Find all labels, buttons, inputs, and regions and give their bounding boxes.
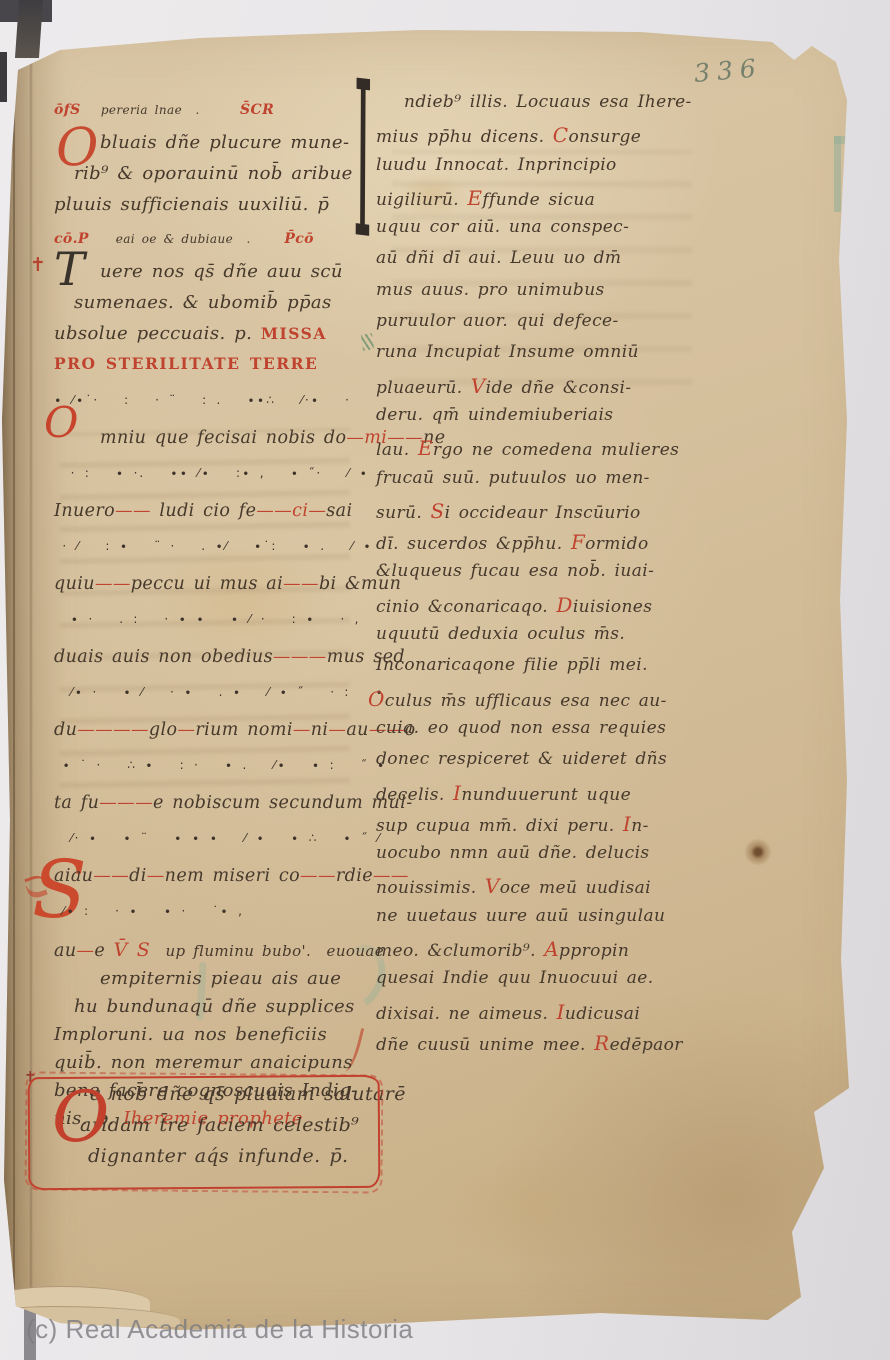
manuscript-line: · ⁄ : ∙ ¨ · . ∙⁄ ∙˙: ∙ . ⁄ ∙ xyxy=(54,530,372,574)
manuscript-line: duais auis non obedius———mus sed xyxy=(54,647,372,676)
text-segment: rgo ne comedena mulieres xyxy=(433,440,679,460)
text-segment: aū dñi dī aui. Leuu uo dm̄ xyxy=(376,248,621,268)
manuscript-line: runa Incupiat Insume omniū xyxy=(376,342,716,373)
manuscript-line: cō.P eai oe & dubiaue . P̄cō xyxy=(54,225,372,261)
text-segment: S̄CR xyxy=(240,102,274,118)
text-segment: culus m̄s ufflicaus esa nec au- xyxy=(385,691,667,711)
text-segment: ffunde sicua xyxy=(482,190,595,210)
text-segment: deru. qm̄ uindemiuberiais xyxy=(376,405,613,425)
manuscript-line: nouissimis. Voce meū uudisai xyxy=(376,874,716,905)
text-segment: O xyxy=(368,687,385,711)
manuscript-line: luudu Innocat. Inprincipio xyxy=(376,155,716,186)
pricking-dot xyxy=(846,338,850,342)
text-segment: ludi cio fe xyxy=(151,501,256,521)
text-segment: ide dñe &consi- xyxy=(486,378,632,398)
left-text-column: ōfS pereria lnae . S̄CRbluais dñe plucur… xyxy=(54,96,372,1136)
manuscript-line: ōfS pereria lnae . S̄CR xyxy=(54,96,372,132)
text-segment: mniu que fecisai nobis do xyxy=(100,428,346,448)
text-segment: ndieb⁹ illis. Locuaus esa Ihere- xyxy=(404,92,692,112)
manuscript-line: sumenaes. & ubomib̄ pp̄as xyxy=(54,292,372,323)
text-segment: · ⁄ : ∙ ¨ · . ∙⁄ ∙˙: ∙ . ⁄ ∙ xyxy=(54,539,373,553)
text-segment xyxy=(200,103,240,117)
text-segment: donec respiceret & uideret dñs xyxy=(376,749,667,769)
manuscript-line: puruulor auor. qui defece- xyxy=(376,311,716,342)
folio-number: 336 xyxy=(693,53,764,88)
pricking-dot xyxy=(847,414,851,418)
text-segment: surū. xyxy=(376,503,430,523)
text-segment: eai oe & dubiaue . xyxy=(89,232,251,246)
text-segment: bluais dñe plucure mune- xyxy=(100,132,349,153)
text-segment: pluaeurū. xyxy=(376,378,471,398)
parchment-page: ✝ O ✝ T O S I ōfS pereria lnae . S̄CRblu… xyxy=(0,0,890,1360)
text-segment: R xyxy=(594,1031,609,1055)
text-segment: dixisai. ne aimeus. xyxy=(376,1004,557,1024)
manuscript-line: ubsolue peccuais. p. MISSA xyxy=(54,323,372,354)
manuscript-line: ∙ ⁄∙˙· : · ¨ : . ∙∙∴ ⁄·∙ · xyxy=(54,384,372,428)
manuscript-line: rib⁹ & oporauinū nob̄ aribue xyxy=(54,163,372,194)
text-segment: ōfS xyxy=(54,102,81,118)
text-segment: cuia. eo quod non essa requies xyxy=(376,718,666,738)
text-segment: rdie xyxy=(336,866,373,886)
text-segment: I xyxy=(623,812,631,836)
text-segment: uocubo nmn auū dñe. delucis xyxy=(376,843,650,863)
text-segment: a nob̄ dñe qs̄ pluuiam salutarē xyxy=(90,1083,406,1105)
manuscript-line: quesai Indie quu Inuocuui ae. xyxy=(376,968,716,999)
manuscript-line: ⁄∙ · ∙ ⁄ · ∙ . ∙ ⁄ ∙ ˝ · : ∙ xyxy=(54,676,372,720)
right-text-column: ndieb⁹ illis. Locuaus esa Ihere-mius pp̄… xyxy=(376,92,716,1062)
text-segment: V xyxy=(485,874,500,898)
manuscript-line: uere nos qs̄ dñe auu scū xyxy=(54,261,372,292)
text-segment: hu bundunaqū dñe supplices xyxy=(74,996,355,1017)
text-segment: &luqueus fucau esa nob̄. iuai- xyxy=(376,561,654,581)
text-segment: ta fu xyxy=(54,793,99,813)
text-segment: —— xyxy=(93,866,129,886)
text-segment: ——— xyxy=(273,647,327,667)
text-segment: ni xyxy=(311,720,329,740)
pricking-dot xyxy=(845,262,849,266)
text-segment: C xyxy=(553,123,569,147)
manuscript-line: ta fu———e nobiscum secundum mul- xyxy=(54,793,372,822)
manuscript-line: decelis. Inunduuerunt uque xyxy=(376,781,716,812)
text-segment: n- xyxy=(631,816,649,836)
text-segment: rib⁹ & oporauinū nob̄ aribue xyxy=(74,163,353,184)
manuscript-line: pluaeurū. Vide dñe &consi- xyxy=(376,374,716,405)
text-segment: nunduuerunt uque xyxy=(461,785,631,805)
manuscript-line: &luqueus fucau esa nob̄. iuai- xyxy=(376,561,716,592)
gutter-crease xyxy=(13,60,15,1315)
text-segment: pereria lnae . xyxy=(81,103,200,117)
text-segment: empiternis pieau ais aue xyxy=(100,968,341,989)
manuscript-line: ndieb⁹ illis. Locuaus esa Ihere- xyxy=(376,92,716,123)
manuscript-line: sup cupua mm̄. dixi peru. In- xyxy=(376,812,716,843)
scan-edge-shadow xyxy=(0,52,7,102)
manuscript-line: mius pp̄hu dicens. Consurge xyxy=(376,123,716,154)
initial-O-danobis: O xyxy=(52,1082,109,1152)
text-segment: luudu Innocat. Inprincipio xyxy=(376,155,617,175)
manuscript-line: cinio &conaricaqo. Diuisiones xyxy=(376,593,716,624)
manuscript-line: bluais dñe plucure mune- xyxy=(54,132,372,163)
text-segment: e xyxy=(94,941,113,961)
text-segment: —— xyxy=(115,501,151,521)
text-segment: au xyxy=(346,720,369,740)
manuscript-line: dixisai. ne aimeus. Iudicusai xyxy=(376,1000,716,1031)
text-segment: Inconaricaqone filie pp̄li mei. xyxy=(376,655,648,675)
copyright-watermark: (c) Real Academia de la Historia xyxy=(26,1314,413,1345)
manuscript-line: mniu que fecisai nobis do—mi——ne xyxy=(54,428,372,457)
manuscript-line: mus auus. pro unimubus xyxy=(376,280,716,311)
text-segment: — xyxy=(77,941,95,961)
text-segment: ormido xyxy=(585,534,648,554)
manuscript-line: lau. Ergo ne comedena mulieres xyxy=(376,436,716,467)
text-segment: cō.P xyxy=(54,231,89,247)
text-segment: S xyxy=(430,499,444,523)
manuscript-line: ⁄∙ : · ∙ ∙ · ˙∙ , xyxy=(54,895,372,939)
manuscript-line: uocubo nmn auū dñe. delucis xyxy=(376,843,716,874)
text-segment: quiu xyxy=(54,574,95,594)
text-segment: sumenaes. & ubomib̄ pp̄as xyxy=(74,292,332,313)
text-segment: dī. sucerdos &pp̄hu. xyxy=(376,534,571,554)
scan-corner-shadow xyxy=(15,0,43,58)
top-edge-inscription xyxy=(96,25,228,32)
manuscript-line: Oculus m̄s ufflicaus esa nec au- xyxy=(368,687,716,718)
text-segment: ⁄∙ · ∙ ⁄ · ∙ . ∙ ⁄ ∙ ˝ · : ∙ xyxy=(54,685,385,699)
manuscript-line: pluuis sufficienais uuxiliū. p̄ xyxy=(54,194,372,225)
text-segment: uquutū deduxia oculus m̄s. xyxy=(376,624,625,644)
text-segment: meo. &clumorib⁹. xyxy=(376,941,544,961)
manuscript-line: au—e V̄ S up fluminu bubo'. euouae xyxy=(54,939,372,968)
manuscript-line: donec respiceret & uideret dñs xyxy=(376,749,716,780)
text-segment: rium nomi xyxy=(195,720,293,740)
text-segment: —— xyxy=(95,574,131,594)
manuscript-line: surū. Si occideaur Inscūurio xyxy=(376,499,716,530)
text-segment: runa Incupiat Insume omniū xyxy=(376,342,639,362)
text-segment: aridam t̄re faciem celestib⁹ xyxy=(80,1114,359,1136)
text-segment: glo xyxy=(149,720,178,740)
pricking-dot xyxy=(851,528,855,532)
text-segment: up fluminu bubo'. euouae xyxy=(150,942,384,960)
manuscript-line: uigiliurū. Effunde sicua xyxy=(376,186,716,217)
text-segment: uigiliurū. xyxy=(376,190,467,210)
manuscript-line: ⁄· ∙ ∙ ¨ ∙ ∙ ∙ ⁄ ∙ ∙ ∴ ∙ ˝ ⁄ xyxy=(54,822,372,866)
text-segment: oce meū uudisai xyxy=(500,878,651,898)
manuscript-line: Inuero—— ludi cio fe——ci—sai xyxy=(54,501,372,530)
manuscript-line: uquutū deduxia oculus m̄s. xyxy=(376,624,716,655)
manuscript-line: dñe cuusū unime mee. Redēpaor xyxy=(376,1031,716,1062)
text-segment: udicusai xyxy=(565,1004,640,1024)
text-segment: aiau xyxy=(54,866,93,886)
text-segment: peccu ui mus ai xyxy=(131,574,283,594)
text-segment: frucaū suū. putuulos uo men- xyxy=(376,468,650,488)
text-segment: · : ∙ ·. ∙∙ ⁄∙ :∙ , ∙ ˝· ⁄ ∙ xyxy=(54,466,369,480)
text-segment: quesai Indie quu Inuocuui ae. xyxy=(376,968,654,988)
pricking-dot xyxy=(844,186,848,190)
manuscript-line: cuia. eo quod non essa requies xyxy=(376,718,716,749)
text-segment: dignanter aq́s infunde. p̄. xyxy=(88,1145,349,1167)
text-segment: ⁄∙ : · ∙ ∙ · ˙∙ , xyxy=(54,904,244,918)
text-segment: — xyxy=(328,720,346,740)
text-segment: PRO STERILITATE TERRE xyxy=(54,354,318,373)
text-segment: au xyxy=(54,941,77,961)
manuscript-line: dī. sucerdos &pp̄hu. Formido xyxy=(376,530,716,561)
text-segment: decelis. xyxy=(376,785,453,805)
text-segment: i occideaur Inscūurio xyxy=(445,503,641,523)
stain xyxy=(744,838,772,866)
text-segment: MISSA xyxy=(261,324,327,343)
text-segment: ne uuetaus uure auū usingulau xyxy=(376,906,665,926)
text-segment: F xyxy=(571,530,585,554)
text-segment: sai xyxy=(326,501,352,521)
manuscript-line: aiau——di—nem miseri co——rdie—— xyxy=(54,866,372,895)
text-segment: V̄ S xyxy=(114,939,150,961)
text-segment: mus auus. pro unimubus xyxy=(376,280,605,300)
pricking-dot xyxy=(846,490,850,494)
pricking-dot xyxy=(849,224,853,228)
text-segment: cinio &conaricaqo. xyxy=(376,597,556,617)
pricking-dot xyxy=(852,376,856,380)
manuscript-scan: { "page": { "folio_number": "336", "wate… xyxy=(0,0,890,1360)
text-segment: — xyxy=(147,866,165,886)
pricking-dot xyxy=(851,300,855,304)
text-segment: quib̄. non meremur anaicipuns xyxy=(54,1052,353,1073)
manuscript-line: · : ∙ ·. ∙∙ ⁄∙ :∙ , ∙ ˝· ⁄ ∙ xyxy=(54,457,372,501)
text-segment: ——ci— xyxy=(256,501,326,521)
manuscript-line: quiu——peccu ui mus ai——bi &mun xyxy=(54,574,372,603)
text-segment: e nobiscum secundum mul- xyxy=(153,793,413,813)
text-segment: E xyxy=(418,436,433,460)
manuscript-line: hu bundunaqū dñe supplices xyxy=(54,996,372,1024)
text-segment: nem miseri co xyxy=(165,866,300,886)
text-segment: uquu cor aiū. una conspec- xyxy=(376,217,629,237)
manuscript-line: deru. qm̄ uindemiuberiais xyxy=(376,405,716,436)
text-segment: onsurge xyxy=(568,127,641,147)
manuscript-line: ∙ · . : · ∙ ∙ ∙ ⁄ · : ∙ · , xyxy=(54,603,372,647)
text-segment: edēpaor xyxy=(610,1035,683,1055)
text-segment: ∙ ⁄∙˙· : · ¨ : . ∙∙∴ ⁄·∙ · xyxy=(54,393,351,407)
text-segment xyxy=(251,232,285,246)
text-segment: ubsolue peccuais. p. xyxy=(54,323,261,344)
text-segment: mius pp̄hu dicens. xyxy=(376,127,553,147)
manuscript-line: ∙ ˙ · ∴ ∙ : · ∙ . ⁄∙ ∙ : ˝ ∙ xyxy=(54,749,372,793)
text-segment: E xyxy=(467,186,482,210)
text-segment: ppropin xyxy=(559,941,629,961)
text-segment: ——— xyxy=(99,793,153,813)
text-segment: du xyxy=(54,720,77,740)
stain xyxy=(420,1140,640,1270)
manuscript-line: Imploruni. ua nos beneficiis xyxy=(54,1024,372,1052)
manuscript-line: du————glo—rium nomi—ni—au——o xyxy=(54,720,372,749)
manuscript-line: meo. &clumorib⁹. Appropin xyxy=(376,937,716,968)
text-segment: duais auis non obedius xyxy=(54,647,273,667)
manuscript-line: aū dñi dī aui. Leuu uo dm̄ xyxy=(376,248,716,279)
manuscript-line: empiternis pieau ais aue xyxy=(54,968,372,996)
manuscript-line: PRO STERILITATE TERRE xyxy=(54,354,372,384)
text-segment: — xyxy=(293,720,311,740)
text-segment: uere nos qs̄ dñe auu scū xyxy=(100,261,343,282)
text-segment: puruulor auor. qui defece- xyxy=(376,311,619,331)
text-segment: lau. xyxy=(376,440,418,460)
text-segment: — xyxy=(177,720,195,740)
text-segment: pluuis sufficienais uuxiliū. p̄ xyxy=(54,194,329,215)
text-segment: di xyxy=(129,866,147,886)
text-segment: ⁄· ∙ ∙ ¨ ∙ ∙ ∙ ⁄ ∙ ∙ ∴ ∙ ˝ ⁄ xyxy=(54,831,381,845)
text-segment: —— xyxy=(300,866,336,886)
text-segment: ∙ · . : · ∙ ∙ ∙ ⁄ · : ∙ · , xyxy=(54,612,360,626)
text-segment: ———— xyxy=(77,720,149,740)
text-segment: iuisiones xyxy=(573,597,653,617)
offset-green-letter xyxy=(834,136,863,212)
text-segment: P̄cō xyxy=(284,231,314,247)
text-segment: I xyxy=(557,1000,565,1024)
text-segment: Inuero xyxy=(54,501,115,521)
text-segment: ∙ ˙ · ∴ ∙ : · ∙ . ⁄∙ ∙ : ˝ ∙ xyxy=(54,758,386,772)
manuscript-line: frucaū suū. putuulos uo men- xyxy=(376,468,716,499)
text-segment: Imploruni. ua nos beneficiis xyxy=(54,1024,327,1045)
text-segment: nouissimis. xyxy=(376,878,485,898)
cross-icon: ✝ xyxy=(30,256,46,275)
manuscript-line: ne uuetaus uure auū usingulau xyxy=(376,906,716,937)
text-segment: D xyxy=(556,593,572,617)
text-segment: —— xyxy=(283,574,319,594)
manuscript-line: Inconaricaqone filie pp̄li mei. xyxy=(376,655,716,686)
text-segment: sup cupua mm̄. dixi peru. xyxy=(376,816,623,836)
pricking-dot xyxy=(850,452,854,456)
manuscript-line: uquu cor aiū. una conspec- xyxy=(376,217,716,248)
text-segment: V xyxy=(471,374,486,398)
text-segment: A xyxy=(544,937,559,961)
text-segment: dñe cuusū unime mee. xyxy=(376,1035,594,1055)
